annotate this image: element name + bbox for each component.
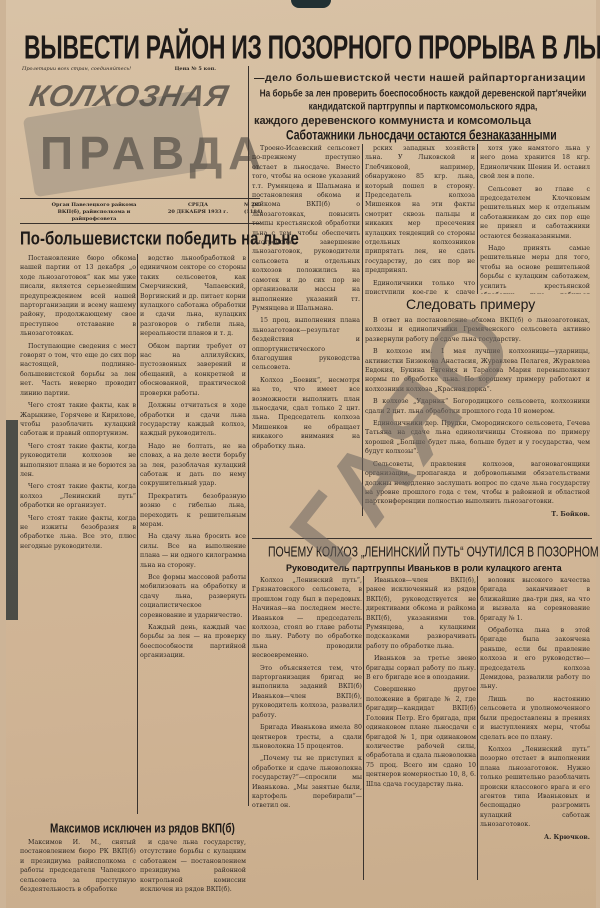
- expelled-article-col2: и сдаче льна государству, отсутствие бор…: [140, 838, 246, 894]
- paragraph: Чего стоят такие факты, как в Жарыкине, …: [20, 401, 136, 439]
- issue-date: СРЕДА 20 ДЕКАБРЯ 1933 г.: [158, 202, 238, 216]
- sabotage-article-col3: хотя уже намятого льна у него дома храни…: [480, 144, 590, 294]
- expelled-article-col1: Максимов И. М., снятый постановлением бю…: [20, 838, 136, 894]
- paragraph: 15 проц. выполнения плана льнозаготовок—…: [252, 316, 360, 372]
- paragraph: „Почему ты не приступил к обработке и сд…: [252, 754, 362, 810]
- paragraph: Каждый день, каждый час борьбы за лен — …: [140, 623, 246, 661]
- paragraph: Бригада Иванькова имела 80 центнеров тре…: [252, 723, 362, 751]
- column-rule: [248, 66, 249, 806]
- issue-day: СРЕДА: [158, 202, 238, 209]
- masthead-info-bar: Орган Павелецкого райкома ВКП(б), райисп…: [20, 198, 260, 224]
- leninsky-article-subtitle: Руководитель партгруппы Иваньков в роли …: [286, 563, 562, 573]
- column-rule: [477, 576, 478, 880]
- signature: А. Крючков.: [480, 833, 590, 842]
- leninsky-article-title: ПОЧЕМУ КОЛХОЗ „ЛЕНИНСКИЙ ПУТЬ“ ОЧУТИЛСЯ …: [268, 544, 600, 561]
- leninsky-article-col1: Колхоз „Ленинский путь“, Грязнатовского …: [252, 576, 362, 880]
- masthead-price: Цена № 5 коп.: [175, 66, 216, 72]
- paragraph: Колхоз „Ленинский путь“, Грязнатовского …: [252, 576, 362, 661]
- section-rule: [252, 538, 592, 539]
- paragraph: Чего стоят такие факты, когда не изжиты …: [20, 514, 136, 552]
- subhead-line1: —дело большевистской чести нашей райпарт…: [254, 72, 592, 84]
- masthead: Пролетарии всех стран, соединяйтесь! Цен…: [20, 66, 216, 196]
- signature: Т. Бойков.: [365, 510, 590, 516]
- paragraph: В колхозе „Ударник“ Богородицкого сельсо…: [365, 397, 590, 416]
- paragraph: Поступающие сведения с мест говорят о то…: [20, 342, 136, 398]
- masthead-motto: Пролетарии всех стран, соединяйтесь!: [22, 66, 131, 72]
- column-rule: [477, 144, 478, 294]
- paragraph: Чего стоят такие факты, когда руководите…: [20, 442, 136, 480]
- column-rule: [363, 576, 364, 880]
- sabotage-article-title: Саботажники льносдачи остаются безнаказа…: [286, 128, 557, 144]
- publisher: Орган Павелецкого райкома ВКП(б), райисп…: [44, 202, 144, 223]
- issue-date-text: 20 ДЕКАБРЯ 1933 г.: [158, 209, 238, 216]
- paragraph: Максимов И. М., снятый постановлением бю…: [20, 838, 136, 894]
- paragraph: Все формы массовой работы мобилизовать н…: [140, 573, 246, 620]
- subhead-block: —дело большевистской чести нашей райпарт…: [254, 72, 592, 127]
- paragraph: Троено-Исаевский сельсовет по-прежнему п…: [252, 144, 360, 313]
- paragraph: Прекратить безобразную возню с гибелью л…: [140, 492, 246, 530]
- lead-article-col1: Постановление бюро обкома нашей партии о…: [20, 254, 136, 774]
- newspaper-logo-line2: ПРАВДА: [40, 126, 268, 180]
- subhead-line4: каждого деревенского коммуниста и комсом…: [254, 115, 592, 127]
- sabotage-article-col2: рских западных хозяйств льна. У Лыковско…: [365, 144, 475, 294]
- paragraph: Сельсоветы, правления колхозов, вагонова…: [365, 460, 590, 507]
- paragraph: водство льнообработкой в единичном секто…: [140, 254, 246, 339]
- paragraph: Должны отчитаться в ходе обработки и сда…: [140, 401, 246, 439]
- main-headline: ВЫВЕСТИ РАЙОН ИЗ ПОЗОРНОГО ПРОРЫВА В ЛЬН…: [24, 28, 589, 67]
- subhead-line3: кандидатской партгруппы и парткомсомольс…: [254, 100, 592, 112]
- newspaper-logo-line1: КОЛХОЗНАЯ: [26, 80, 231, 114]
- paragraph: Обработка льна в этой бригаде была закон…: [480, 626, 590, 692]
- example-article-body: В ответ на постановление обкома ВКП(б) о…: [365, 316, 590, 516]
- paragraph: Надо не болтать, не на словах, а на деле…: [140, 442, 246, 489]
- paragraph: Иваньков—член ВКП(б), ранее исключенный …: [366, 576, 476, 651]
- sabotage-article-col1: Троено-Исаевский сельсовет по-прежнему п…: [252, 144, 360, 516]
- column-rule: [362, 144, 363, 516]
- paragraph: В ответ на постановление обкома ВКП(б) о…: [365, 316, 590, 344]
- paragraph: Чего стоят такие факты, когда колхоз „Ле…: [20, 482, 136, 510]
- torn-edge-top: [291, 0, 331, 8]
- paragraph: Это объясняется тем, что парторганизация…: [252, 664, 362, 720]
- column-rule: [137, 254, 138, 814]
- paragraph: Единоличники дер. Прудки, Смородинского …: [365, 419, 590, 457]
- torn-edge: [6, 420, 18, 620]
- paragraph: Постановление бюро обкома нашей партии о…: [20, 254, 136, 339]
- lead-article-col2: водство льнообработкой в единичном секто…: [140, 254, 246, 774]
- paragraph: воловик высокого качества бригада заканч…: [480, 576, 590, 623]
- subhead-line2: На борьбе за лен проверить боеспособност…: [254, 87, 592, 99]
- paragraph: На сдачу льна бросить все силы. Все на в…: [140, 532, 246, 570]
- paragraph: хотя уже намятого льна у него дома храни…: [480, 144, 590, 182]
- leninsky-article-col2: Иваньков—член ВКП(б), ранее исключенный …: [366, 576, 476, 880]
- paragraph: Лишь по настоянию сельсовета и уполномоч…: [480, 695, 590, 742]
- paragraph: и сдаче льна государству, отсутствие бор…: [140, 838, 246, 894]
- paragraph: рских западных хозяйств льна. У Лыковско…: [365, 144, 475, 276]
- paragraph: Иваньков за третье звено бригады сорвал …: [366, 654, 476, 682]
- expelled-article-title: Максимов исключен из рядов ВКП(б): [50, 822, 235, 836]
- paragraph: Колхоз „Ленинский путь“ позорно отстает …: [480, 745, 590, 830]
- paragraph: Надо принять самые решительные меры для …: [480, 244, 590, 294]
- paragraph: Сельсовет во главе с председателем Клочк…: [480, 185, 590, 241]
- newspaper-page: ВЫВЕСТИ РАЙОН ИЗ ПОЗОРНОГО ПРОРЫВА В ЛЬН…: [6, 0, 596, 908]
- leninsky-article-col3: воловик высокого качества бригада заканч…: [480, 576, 590, 880]
- paragraph: В колхозе им. 1 мая лучшие колхозницы—уд…: [365, 347, 590, 394]
- paragraph: Колхоз „Боевик“, несмотря на то, что име…: [252, 376, 360, 451]
- example-article-title: Следовать примеру: [406, 296, 535, 312]
- paragraph: Обком партии требует от нас на аллилуйск…: [140, 342, 246, 398]
- paragraph: Совершенно другое положение в бригаде № …: [366, 685, 476, 788]
- paragraph: Единоличники только что приступили кое-г…: [365, 279, 475, 294]
